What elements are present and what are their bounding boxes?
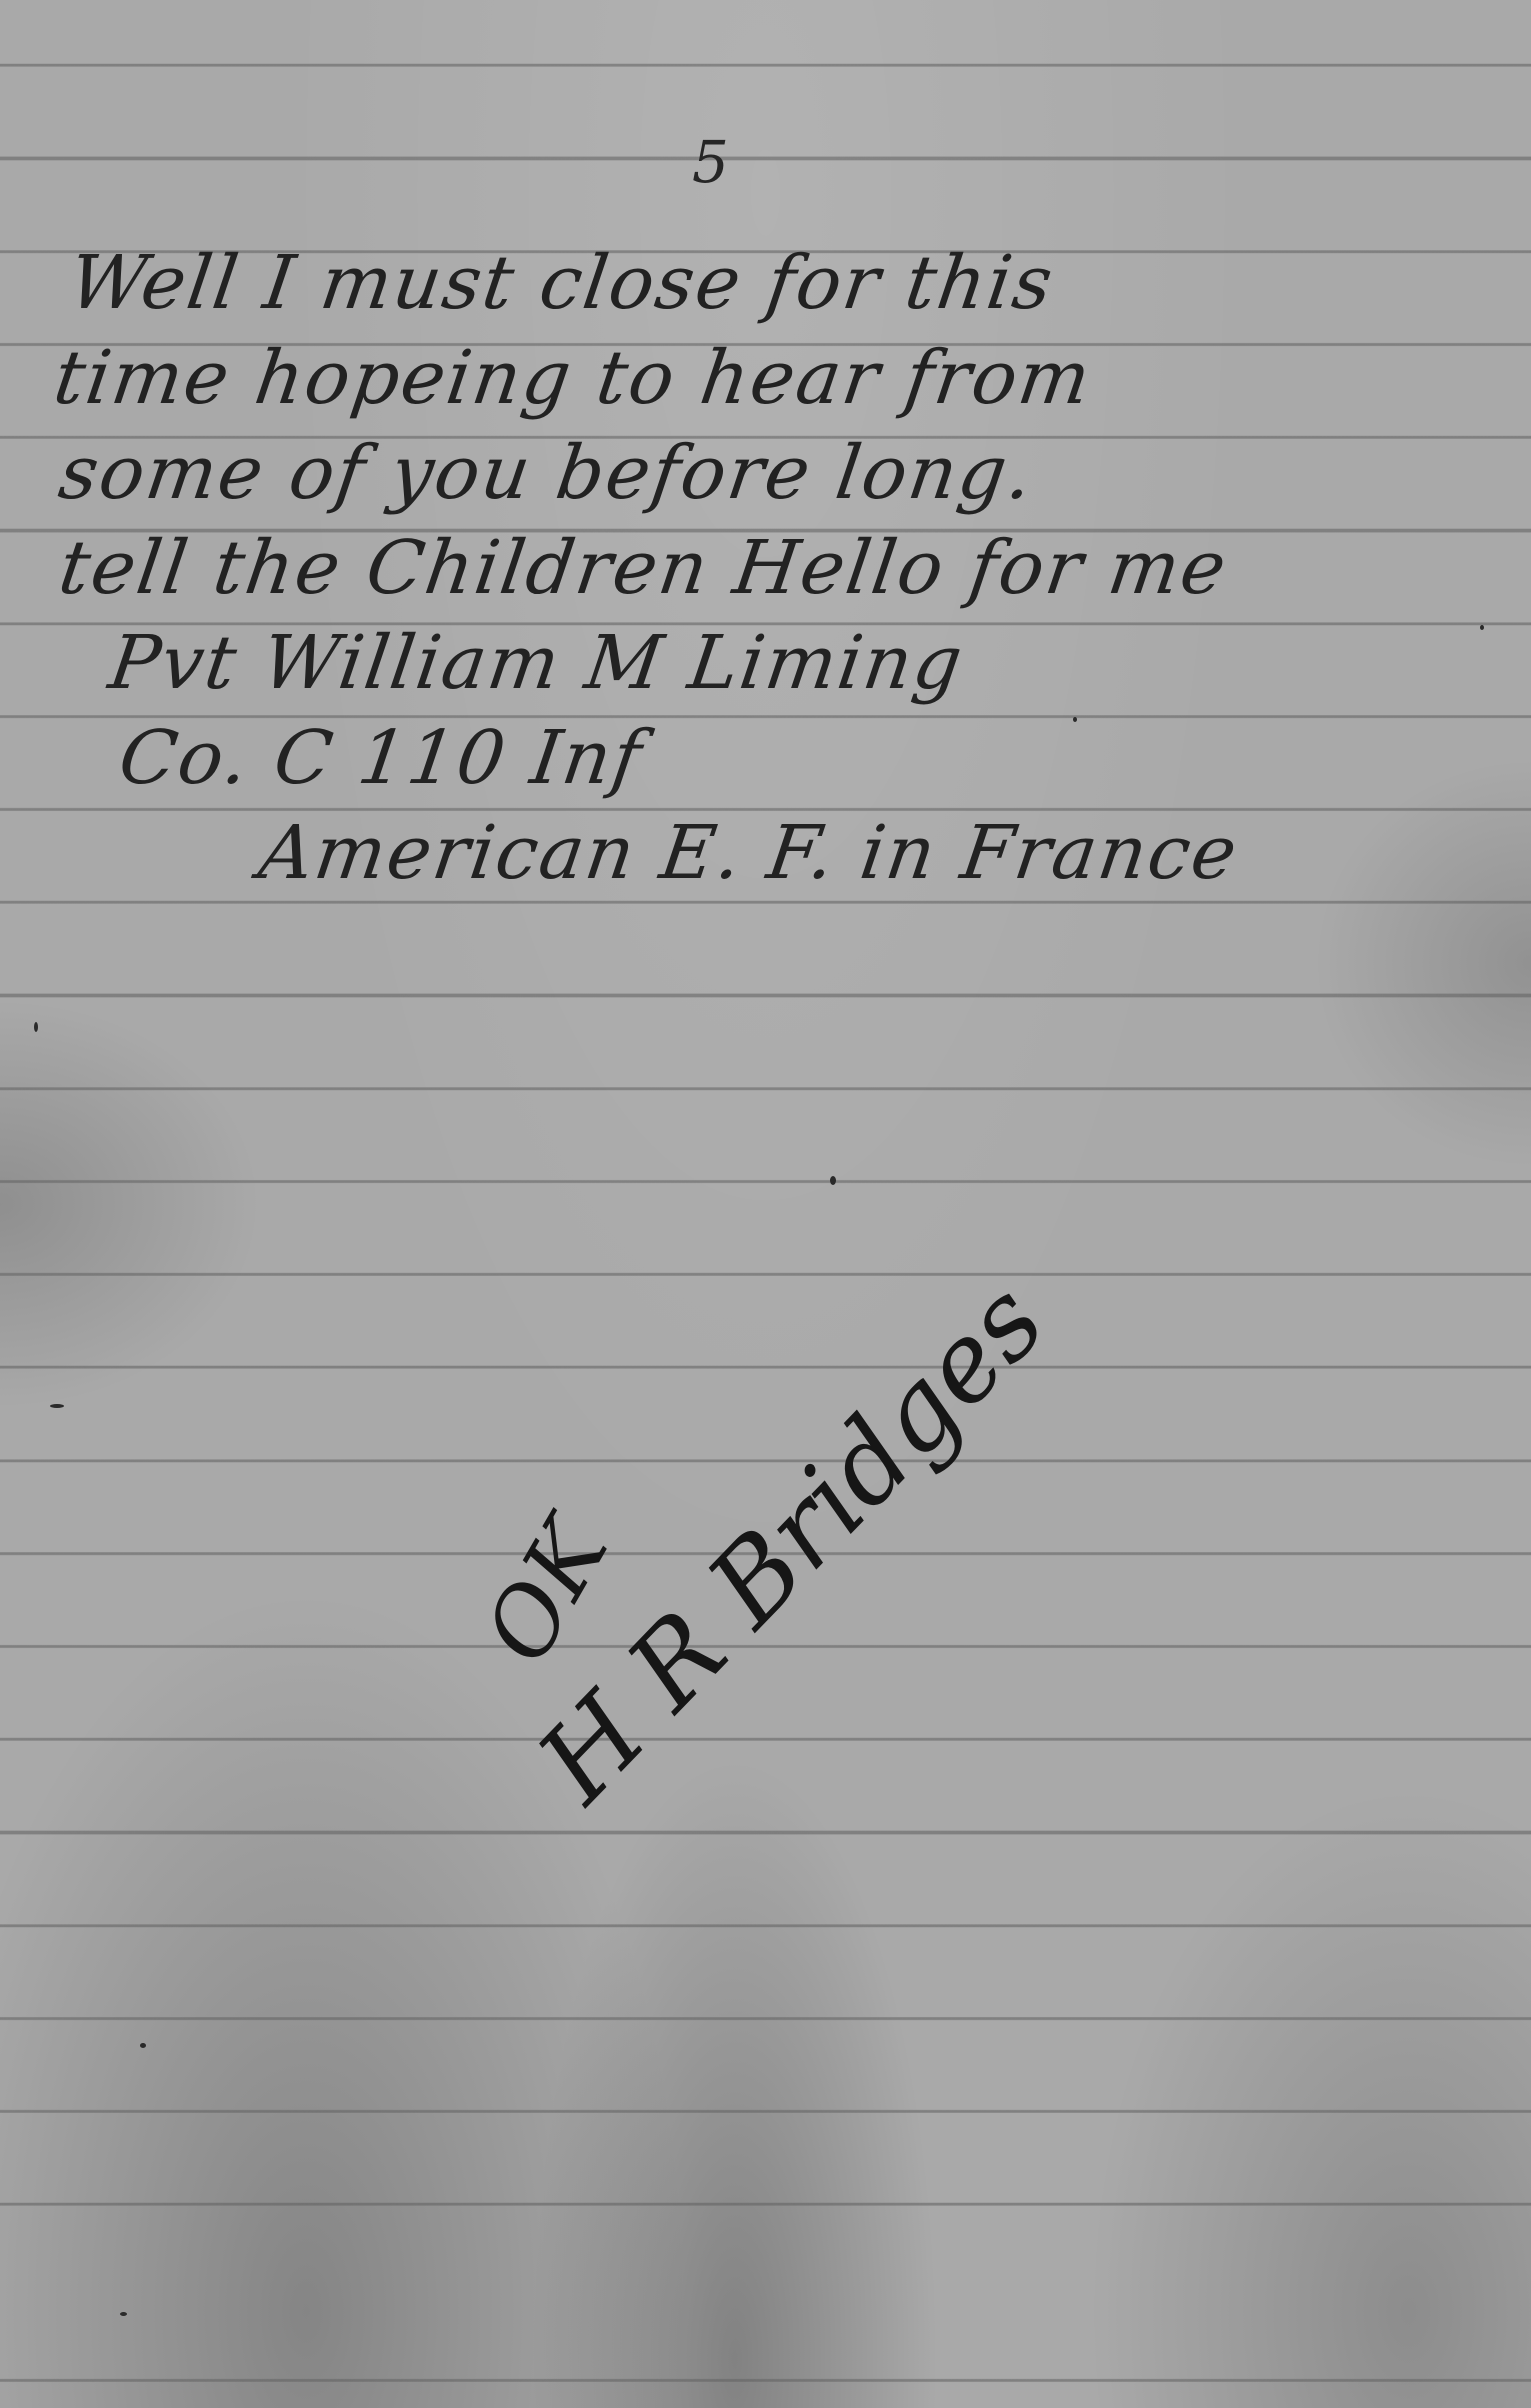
censor-signature: OK H R Bridges bbox=[500, 1470, 1040, 1990]
ink-speck bbox=[50, 1404, 64, 1408]
letter-line-2: time hopeing to hear from bbox=[49, 335, 1097, 421]
sender-unit: Co. C 110 Inf bbox=[114, 715, 648, 801]
sender-name: Pvt William M Liming bbox=[104, 620, 969, 706]
sender-location: American E. F. in France bbox=[254, 810, 1244, 896]
letter-line-3: some of you before long. bbox=[54, 430, 1040, 516]
ink-speck bbox=[140, 2043, 146, 2048]
page-number: 5 bbox=[692, 128, 729, 196]
ink-speck bbox=[120, 2312, 127, 2316]
ink-speck bbox=[1073, 717, 1077, 722]
letter-line-4: tell the Children Hello for me bbox=[54, 525, 1233, 611]
ink-speck bbox=[1480, 625, 1484, 630]
letter-line-1: Well I must close for this bbox=[64, 240, 1059, 326]
letter-page: 5 Well I must close for this time hopein… bbox=[0, 0, 1531, 2408]
ink-speck bbox=[34, 1022, 38, 1032]
ink-speck bbox=[830, 1176, 836, 1185]
